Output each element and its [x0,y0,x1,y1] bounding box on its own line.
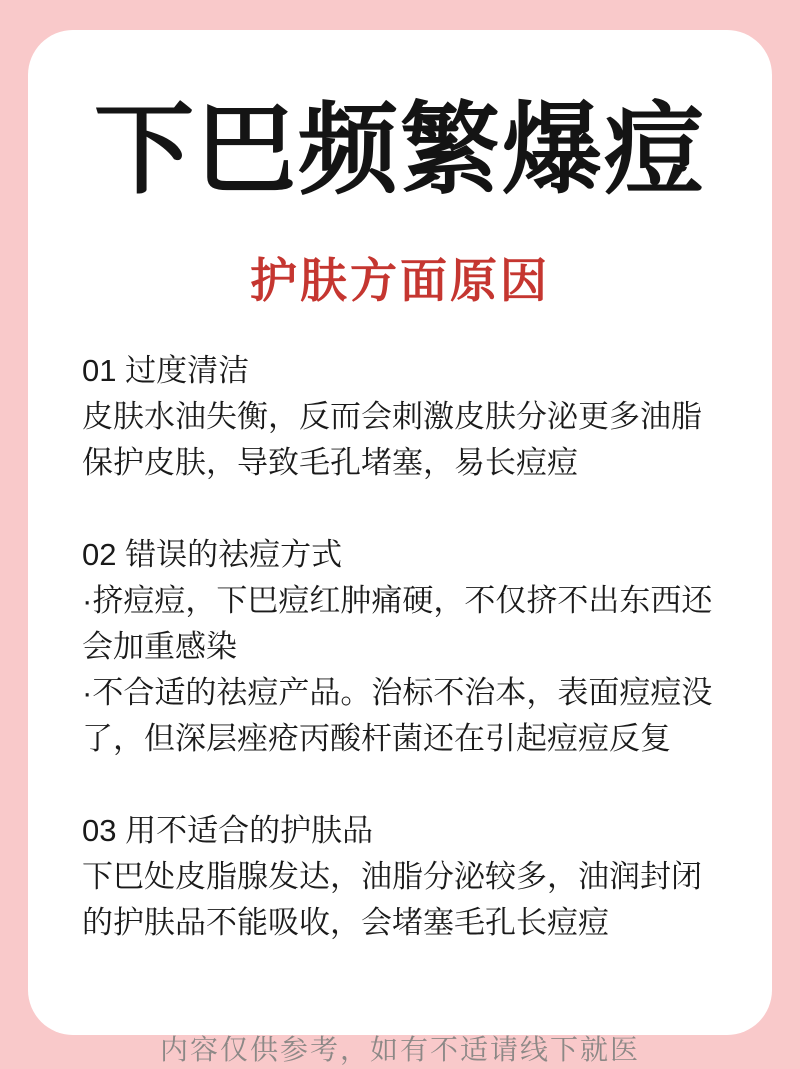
subtitle: 护肤方面原因 [28,257,772,304]
sections-container: 01 过度清洁 皮肤水油失衡，反而会刺激皮肤分泌更多油脂保护皮肤，导致毛孔堵塞，… [28,348,772,946]
section-01-paragraph: 皮肤水油失衡，反而会刺激皮肤分泌更多油脂保护皮肤，导致毛孔堵塞，易长痘痘 [82,394,722,486]
page-title: 下巴频繁爆痘 [28,30,772,203]
section-02-bullet-1: ·挤痘痘，下巴痘红肿痛硬，不仅挤不出东西还会加重感染 [82,578,722,670]
content-card: 下巴频繁爆痘 护肤方面原因 01 过度清洁 皮肤水油失衡，反而会刺激皮肤分泌更多… [28,30,772,1035]
section-03-paragraph: 下巴处皮脂腺发达，油脂分泌较多，油润封闭的护肤品不能吸收，会堵塞毛孔长痘痘 [82,854,722,946]
page-background: { "colors": { "background_pink": "#f9c9c… [0,0,800,1069]
section-03-unsuitable-skincare: 03 用不适合的护肤品 下巴处皮脂腺发达，油脂分泌较多，油润封闭的护肤品不能吸收… [82,808,722,946]
footer-disclaimer: 内容仅供参考，如有不适请线下就医 [0,1035,800,1065]
section-01-over-cleansing: 01 过度清洁 皮肤水油失衡，反而会刺激皮肤分泌更多油脂保护皮肤，导致毛孔堵塞，… [82,348,722,486]
section-02-heading: 02 错误的祛痘方式 [82,532,722,578]
section-01-heading: 01 过度清洁 [82,348,722,394]
section-02-bullet-2: ·不合适的祛痘产品。治标不治本，表面痘痘没了，但深层痤疮丙酸杆菌还在引起痘痘反复 [82,670,722,762]
section-03-heading: 03 用不适合的护肤品 [82,808,722,854]
section-02-wrong-acne-removal: 02 错误的祛痘方式 ·挤痘痘，下巴痘红肿痛硬，不仅挤不出东西还会加重感染 ·不… [82,532,722,762]
